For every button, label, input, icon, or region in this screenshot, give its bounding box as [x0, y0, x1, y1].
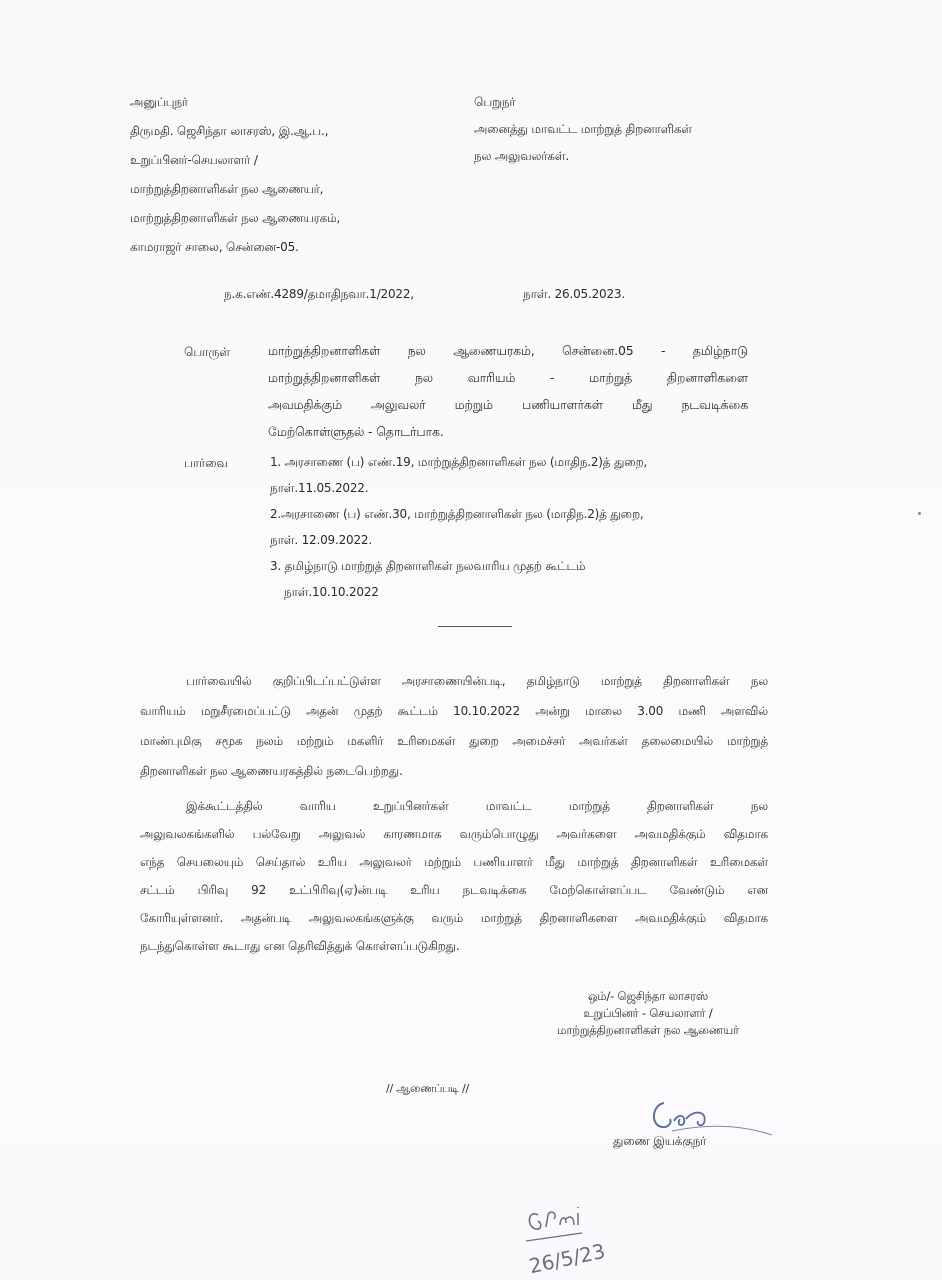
section-divider	[438, 626, 512, 627]
paragraph-line: இக்கூட்டத்தில் வாரிய உறுப்பினர்கள் மாவட்…	[140, 795, 768, 823]
body-paragraph-2: இக்கூட்டத்தில் வாரிய உறுப்பினர்கள் மாவட்…	[140, 795, 768, 963]
signatory-line: உறுப்பினர் - செயலாளர் /	[498, 1005, 798, 1022]
svg-text:26/5/23: 26/5/23	[527, 1239, 607, 1275]
paragraph-line: கோரியுள்ளனர். அதன்படி அலுவலகங்களுக்கு வர…	[140, 907, 768, 935]
subject-text: மாற்றுத்திறனாளிகள் நல ஆணையரகம், சென்னை.0…	[268, 340, 748, 448]
recipient-line: அனைத்து மாவட்ட மாற்றுத் திறனாளிகள்	[474, 121, 692, 148]
deputy-director-title: துணை இயக்குநர்	[613, 1133, 706, 1149]
subject-line: மாற்றுத்திறனாளிகள் நல ஆணையரகம், சென்னை.0…	[268, 340, 748, 367]
paragraph-line: திறனாளிகள் நல ஆணையரகத்தில் நடைபெற்றது.	[140, 760, 768, 790]
sender-line: காமராஜர் சாலை, சென்னை-05.	[130, 239, 340, 268]
references-list: 1. அரசாணை (ப) எண்.19, மாற்றுத்திறனாளிகள்…	[270, 451, 750, 607]
paragraph-line: நடந்துகொள்ள கூடாது என தெரிவித்துக் கொள்ள…	[140, 935, 768, 963]
reference-line: 2.அரசாணை (ப) எண்.30, மாற்றுத்திறனாளிகள் …	[270, 503, 750, 529]
scan-speck	[918, 512, 921, 515]
paragraph-line: சட்டம் பிரிவு 92 உட்பிரிவு(ஏ)ன்படி உரிய …	[140, 879, 768, 907]
reference-line: நாள். 12.09.2022.	[270, 529, 750, 555]
paragraph-line: மாண்புமிகு சமூக நலம் மற்றும் மகளிர் உரிம…	[140, 730, 768, 760]
letter-page: அனுப்புநர் திருமதி. ஜெசிந்தா லாசரஸ், இ.ஆ…	[0, 0, 942, 1280]
handwritten-initials-icon: 26/5/23	[520, 1195, 630, 1275]
signatory-block: ஒம்/- ஜெசிந்தா லாசரஸ் உறுப்பினர் - செயலா…	[498, 988, 798, 1039]
subject-line: அவமதிக்கும் அலுவலர் மற்றும் பணியாளர்கள் …	[268, 394, 748, 421]
recipient-line: நல அலுவலர்கள்.	[474, 148, 692, 175]
paragraph-line: வாரியம் மறுசீரமைப்பட்டு அதன் முதற் கூட்ட…	[140, 700, 768, 730]
sender-line: மாற்றுத்திறனாளிகள் நல ஆணையர்,	[130, 181, 340, 210]
reference-line: 3. தமிழ்நாடு மாற்றுத் திறனாளிகள் நலவாரிய…	[270, 555, 750, 581]
subject-line: மாற்றுத்திறனாளிகள் நல வாரியம் - மாற்றுத்…	[268, 367, 748, 394]
recipient-block: பெறுநர் அனைத்து மாவட்ட மாற்றுத் திறனாளிக…	[474, 94, 692, 175]
sender-heading: அனுப்புநர்	[130, 94, 340, 123]
signatory-line: மாற்றுத்திறனாளிகள் நல ஆணையர்	[498, 1022, 798, 1039]
reference-line: நாள்.11.05.2022.	[270, 477, 750, 503]
subject-label: பொருள்	[184, 344, 230, 360]
body-paragraph-1: பார்வையில் குறிப்பிடப்பட்டுள்ள அரசாணையின…	[140, 670, 768, 790]
letter-date: நாள். 26.05.2023.	[523, 286, 625, 302]
sender-block: அனுப்புநர் திருமதி. ஜெசிந்தா லாசரஸ், இ.ஆ…	[130, 94, 340, 268]
paragraph-line: அலுவலகங்களில் பல்வேறு அலுவல் காரணமாக வரு…	[140, 823, 768, 851]
recipient-heading: பெறுநர்	[474, 94, 692, 121]
signatory-line: ஒம்/- ஜெசிந்தா லாசரஸ்	[498, 988, 798, 1005]
sender-line: உறுப்பினர்-செயலாளர் /	[130, 152, 340, 181]
sender-line: மாற்றுத்திறனாளிகள் நல ஆணையரகம்,	[130, 210, 340, 239]
reference-line: நாள்.10.10.2022	[270, 581, 750, 607]
reference-number: ந.க.எண்.4289/தமாதிநவா.1/2022,	[224, 286, 414, 302]
reference-line: 1. அரசாணை (ப) எண்.19, மாற்றுத்திறனாளிகள்…	[270, 451, 750, 477]
subject-line: மேற்கொள்ளுதல் - தொடர்பாக.	[268, 421, 748, 448]
paragraph-line: பார்வையில் குறிப்பிடப்பட்டுள்ள அரசாணையின…	[140, 670, 768, 700]
by-order-note: // ஆணைப்படி //	[386, 1081, 469, 1097]
references-label: பார்வை	[184, 455, 228, 471]
paragraph-line: எந்த செயலையும் செய்தால் உரிய அலுவலர் மற்…	[140, 851, 768, 879]
sender-line: திருமதி. ஜெசிந்தா லாசரஸ், இ.ஆ.ப.,	[130, 123, 340, 152]
